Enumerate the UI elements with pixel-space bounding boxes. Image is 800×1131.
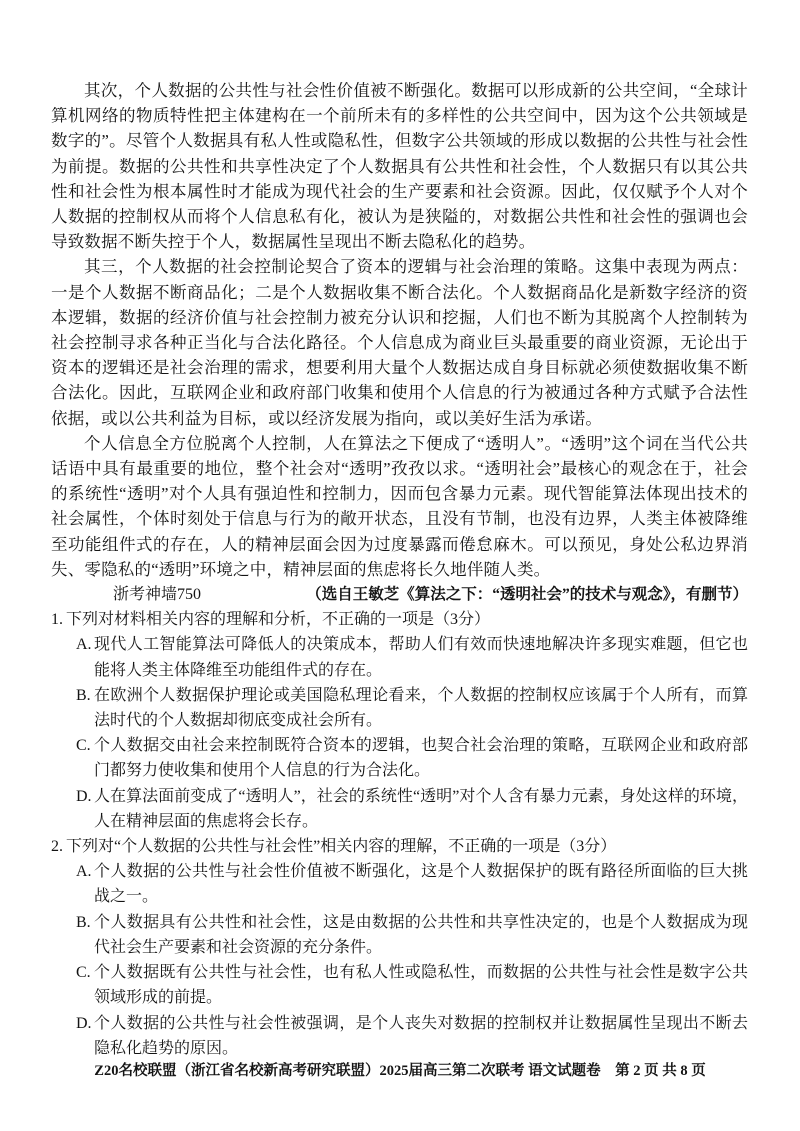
question-2-option-c: C. 个人数据既有公共性与社会性，也有私人性或隐私性，而数据的公共性与社会性是数…: [51, 960, 748, 1010]
exam-paper-page: 其次，个人数据的公共性与社会性价值被不断强化。数据可以形成新的公共空间，“全球计…: [0, 0, 800, 1131]
question-1-option-b: B. 在欧洲个人数据保护理论或美国隐私理论看来，个人数据的控制权应该属于个人所有…: [51, 683, 748, 733]
watermark-text: 浙考神墙750: [113, 582, 201, 607]
question-stem: 下列对材料相关内容的理解和分析，不正确的一项是（3分）: [66, 607, 748, 632]
question-1-stem-row: 1. 下列对材料相关内容的理解和分析，不正确的一项是（3分）: [51, 607, 748, 632]
option-label: D.: [76, 784, 94, 809]
question-1-option-a: A. 现代人工智能算法可降低人的决策成本，帮助人们有效而快速地解决许多现实难题，…: [51, 632, 748, 682]
passage-paragraph-3: 个人信息全方位脱离个人控制，人在算法之下便成了“透明人”。“透明”这个词在当代公…: [51, 431, 748, 582]
passage-paragraph-2: 其三，个人数据的社会控制论契合了资本的逻辑与社会治理的策略。这集中表现为两点：一…: [51, 254, 748, 430]
option-label: A.: [76, 859, 94, 884]
option-text: 个人数据的公共性与社会性价值被不断强化，这是个人数据保护的既有路径所面临的巨大挑…: [94, 859, 748, 909]
page-content: 其次，个人数据的公共性与社会性价值被不断强化。数据可以形成新的公共空间，“全球计…: [51, 78, 748, 1061]
question-stem: 下列对“个人数据的公共性与社会性”相关内容的理解，不正确的一项是（3分）: [66, 834, 748, 859]
option-label: D.: [76, 1011, 94, 1036]
citation-row: 浙考神墙750 （选自王敏芝《算法之下：“透明社会”的技术与观念》，有删节）: [51, 582, 748, 607]
option-text: 个人数据既有公共性与社会性，也有私人性或隐私性，而数据的公共性与社会性是数字公共…: [94, 960, 748, 1010]
question-number: 2.: [51, 834, 66, 859]
option-text: 人在算法面前变成了“透明人”，社会的系统性“透明”对个人含有暴力元素，身处这样的…: [94, 784, 748, 834]
source-citation: （选自王敏芝《算法之下：“透明社会”的技术与观念》，有删节）: [201, 582, 748, 607]
question-2: 2. 下列对“个人数据的公共性与社会性”相关内容的理解，不正确的一项是（3分） …: [51, 834, 748, 1061]
question-1-option-d: D. 人在算法面前变成了“透明人”，社会的系统性“透明”对个人含有暴力元素，身处…: [51, 784, 748, 834]
option-label: C.: [76, 733, 94, 758]
question-2-option-d: D. 个人数据的公共性与社会性被强调，是个人丧失对数据的控制权并让数据属性呈现出…: [51, 1011, 748, 1061]
passage-paragraph-1: 其次，个人数据的公共性与社会性价值被不断强化。数据可以形成新的公共空间，“全球计…: [51, 78, 748, 254]
page-footer: Z20名校联盟（浙江省名校新高考研究联盟）2025届高三第二次联考 语文试题卷 …: [0, 1060, 800, 1082]
option-text: 个人数据具有公共性和社会性，这是由数据的公共性和共享性决定的，也是个人数据成为现…: [94, 910, 748, 960]
option-text: 现代人工智能算法可降低人的决策成本，帮助人们有效而快速地解决许多现实难题，但它也…: [94, 632, 748, 682]
reading-passage: 其次，个人数据的公共性与社会性价值被不断强化。数据可以形成新的公共空间，“全球计…: [51, 78, 748, 607]
option-text: 个人数据的公共性与社会性被强调，是个人丧失对数据的控制权并让数据属性呈现出不断去…: [94, 1011, 748, 1061]
option-text: 个人数据交由社会来控制既符合资本的逻辑，也契合社会治理的策略，互联网企业和政府部…: [94, 733, 748, 783]
question-1: 1. 下列对材料相关内容的理解和分析，不正确的一项是（3分） A. 现代人工智能…: [51, 607, 748, 834]
option-text: 在欧洲个人数据保护理论或美国隐私理论看来，个人数据的控制权应该属于个人所有，而算…: [94, 683, 748, 733]
question-2-option-a: A. 个人数据的公共性与社会性价值被不断强化，这是个人数据保护的既有路径所面临的…: [51, 859, 748, 909]
question-number: 1.: [51, 607, 66, 632]
option-label: B.: [76, 683, 94, 708]
option-label: A.: [76, 632, 94, 657]
question-1-option-c: C. 个人数据交由社会来控制既符合资本的逻辑，也契合社会治理的策略，互联网企业和…: [51, 733, 748, 783]
question-2-stem-row: 2. 下列对“个人数据的公共性与社会性”相关内容的理解，不正确的一项是（3分）: [51, 834, 748, 859]
question-2-option-b: B. 个人数据具有公共性和社会性，这是由数据的公共性和共享性决定的，也是个人数据…: [51, 910, 748, 960]
questions-section: 1. 下列对材料相关内容的理解和分析，不正确的一项是（3分） A. 现代人工智能…: [51, 607, 748, 1061]
option-label: C.: [76, 960, 94, 985]
option-label: B.: [76, 910, 94, 935]
